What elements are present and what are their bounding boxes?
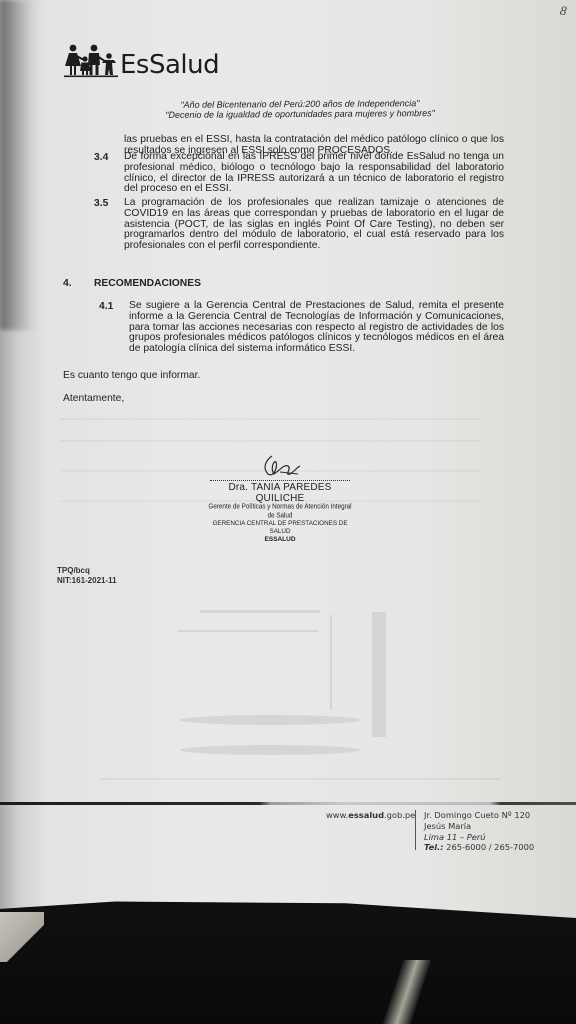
bleed-through-mark <box>180 715 360 725</box>
document-page: 8 <box>0 0 576 918</box>
family-figures-icon <box>64 44 118 78</box>
item-number: 4.1 <box>99 301 113 312</box>
footer-divider <box>0 802 576 805</box>
signature-scribble-icon <box>250 452 310 482</box>
bleed-through-mark <box>200 610 320 613</box>
phone-label: Tel.: <box>424 842 444 852</box>
footer-address: Jr. Domingo Cueto Nº 120 Jesús María Lim… <box>424 810 534 853</box>
item-number: 3.5 <box>94 198 108 209</box>
signatory-role: Gerente de Políticas y Normas de Atenció… <box>205 503 355 521</box>
valediction: Atentamente, <box>63 393 124 404</box>
address-phone: Tel.: 265-6000 / 265-7000 <box>424 842 534 853</box>
bleed-through-mark <box>60 418 480 420</box>
address-district: Jesús María <box>424 821 534 832</box>
footer-separator <box>415 810 416 850</box>
signatory-department: GERENCIA CENTRAL DE PRESTACIONES DE SALU… <box>205 520 355 536</box>
section-heading: RECOMENDACIONES <box>94 278 201 289</box>
signatory-organization: ESSALUD <box>205 536 355 544</box>
item-3-4-text: De forma excepcional en las IPRESS del p… <box>124 152 504 195</box>
official-motto: "Año del Bicentenario del Perú:200 años … <box>150 98 450 120</box>
essalud-logo: EsSalud <box>64 44 219 78</box>
document-reference: TPQ/bcq NIT:161-2021-11 <box>57 566 117 586</box>
address-street: Jr. Domingo Cueto Nº 120 <box>424 810 534 821</box>
section-number: 4. <box>63 278 72 289</box>
signature-stamp: Dra. TANIA PAREDES QUILICHE Gerente de P… <box>205 452 355 544</box>
item-number: 3.4 <box>94 152 108 163</box>
motto-line: "Decenio de la igualdad de oportunidades… <box>150 108 450 120</box>
phone-numbers: 265-6000 / 265-7000 <box>444 842 535 852</box>
bleed-through-mark <box>100 778 500 780</box>
bleed-through-mark <box>60 440 480 442</box>
dark-fabric-background <box>0 905 576 1024</box>
bleed-through-mark <box>180 745 360 755</box>
table-corner <box>0 912 44 962</box>
website-suffix: .gob.pe <box>384 810 415 820</box>
signature-line <box>210 480 350 481</box>
website-domain: essalud <box>348 810 384 820</box>
website-prefix: www. <box>326 810 348 820</box>
item-4-1-text: Se sugiere a la Gerencia Central de Pres… <box>129 301 504 355</box>
bleed-through-mark <box>372 612 386 737</box>
address-city: Lima 11 – Perú <box>424 832 534 843</box>
handwritten-page-number: 8 <box>559 3 568 20</box>
item-3-5-text: La programación de los profesionales que… <box>124 198 504 252</box>
logo-wordmark: EsSalud <box>120 52 219 78</box>
signatory-name: Dra. TANIA PAREDES QUILICHE <box>205 482 355 504</box>
photo-scene: 8 <box>0 0 576 1024</box>
closing-statement: Es cuanto tengo que informar. <box>63 370 200 381</box>
reference-initials: TPQ/bcq <box>57 566 117 576</box>
bleed-through-mark <box>178 630 318 632</box>
footer-website-link[interactable]: www.essalud.gob.pe <box>326 810 415 820</box>
reference-nit: NIT:161-2021-11 <box>57 576 117 586</box>
bleed-through-mark <box>330 615 332 710</box>
